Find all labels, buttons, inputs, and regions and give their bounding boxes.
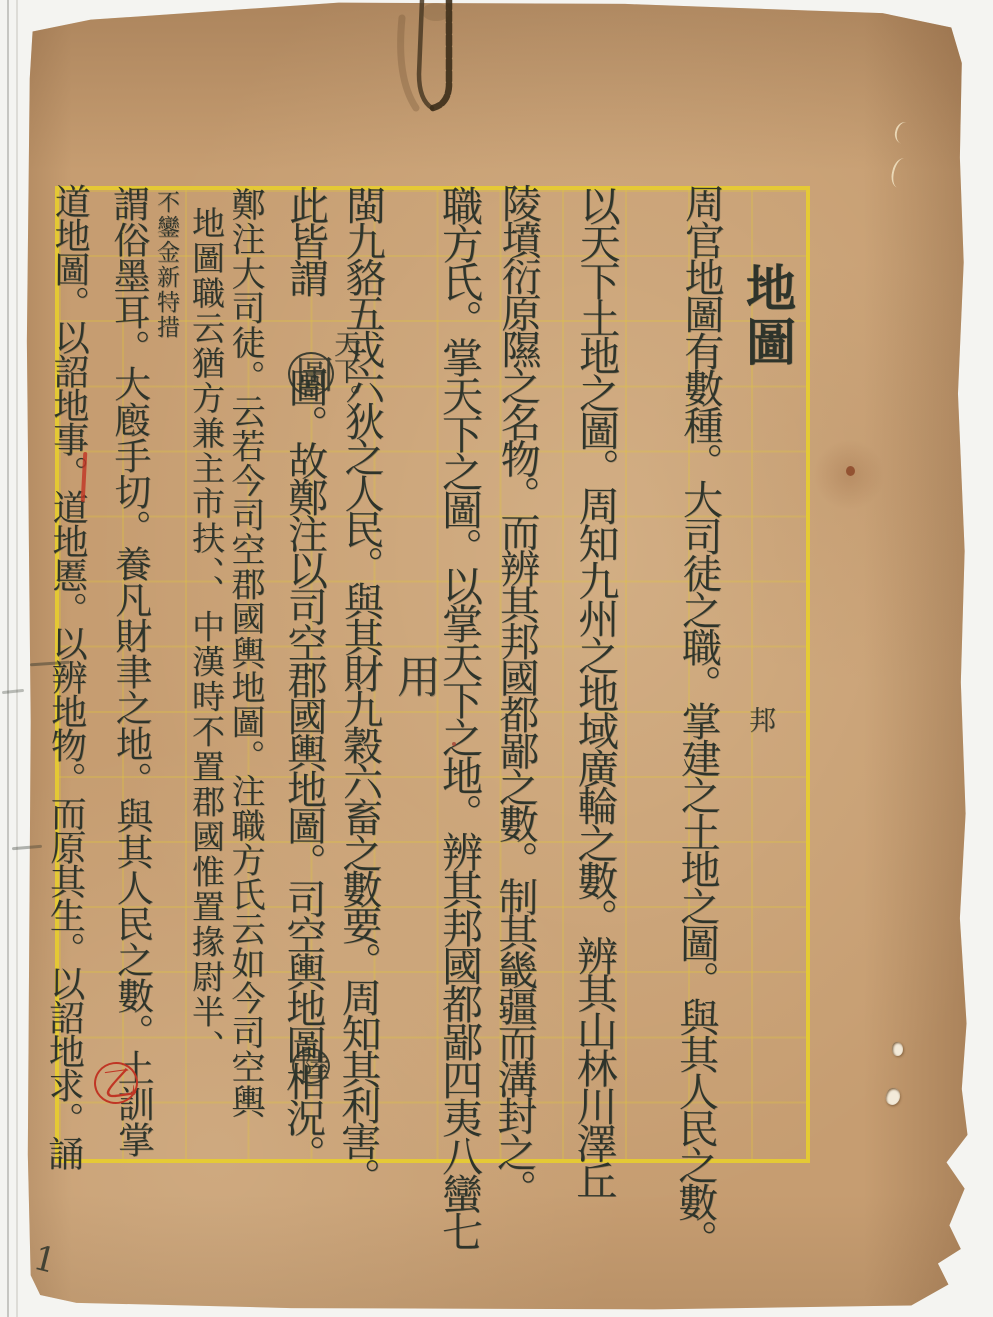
column-9: 道地圖。以詔地事。道地慝。以辨地物。而原其生。以詔地求。誦 xyxy=(45,183,88,1169)
column-2: 以天下土地之圖。周知九州之地域廣輪之數。辨其山林川澤丘 xyxy=(572,185,617,1198)
wormhole-1 xyxy=(892,1042,903,1056)
insert-char-bang: 邦 xyxy=(746,706,773,733)
page-title: 地圖 xyxy=(742,262,792,370)
insert-char-yong: 用 xyxy=(392,654,436,698)
deleted-char-circled-1: 圖 xyxy=(288,352,334,396)
column-6: 此皆謂 圖。故鄭注以司空郡國輿地圖。司空輿地圖相況。 xyxy=(282,185,325,1171)
red-speck xyxy=(452,742,456,746)
stain-dot xyxy=(846,466,855,476)
column-7-left: 地圖職云猶方兼主市扶、、中漢時不置郡國惟置掾尉半、 xyxy=(190,206,223,1065)
scanned-manuscript-page: 地圖周官地圖有數種。大司徒之職。掌建之土地之圖。與其人民之數。以天下土地之圖。周… xyxy=(0,0,993,1317)
handwriting-layer: 地圖周官地圖有數種。大司徒之職。掌建之土地之圖。與其人民之數。以天下土地之圖。周… xyxy=(0,0,993,1317)
column-3: 陵墳衍原隰之名物。而辨其邦國都鄙之數。制其畿疆而溝封之。 xyxy=(493,183,538,1205)
column-4: 職方氏。掌天下之圖。以掌天下之地。辨其邦國都鄙四夷八蠻七 xyxy=(438,185,479,1249)
insert-tianxia: 天下。 xyxy=(331,330,358,411)
column-7-right: 鄭注大司徒。云若今司空郡國輿地圖。注職方氏云如今司空輿 xyxy=(228,187,262,1119)
deleted-char-circled-2: 陸 xyxy=(292,1048,330,1084)
column-1: 周官地圖有數種。大司徒之職。掌建之土地之圖。與其人民之數。 xyxy=(674,183,721,1256)
column-8-small: 不鑾金新特措 xyxy=(154,190,177,340)
column-8: 謂俗墨耳。大廏手切。養凡財聿之地。與其人民之數。土訓掌 xyxy=(109,185,151,1157)
